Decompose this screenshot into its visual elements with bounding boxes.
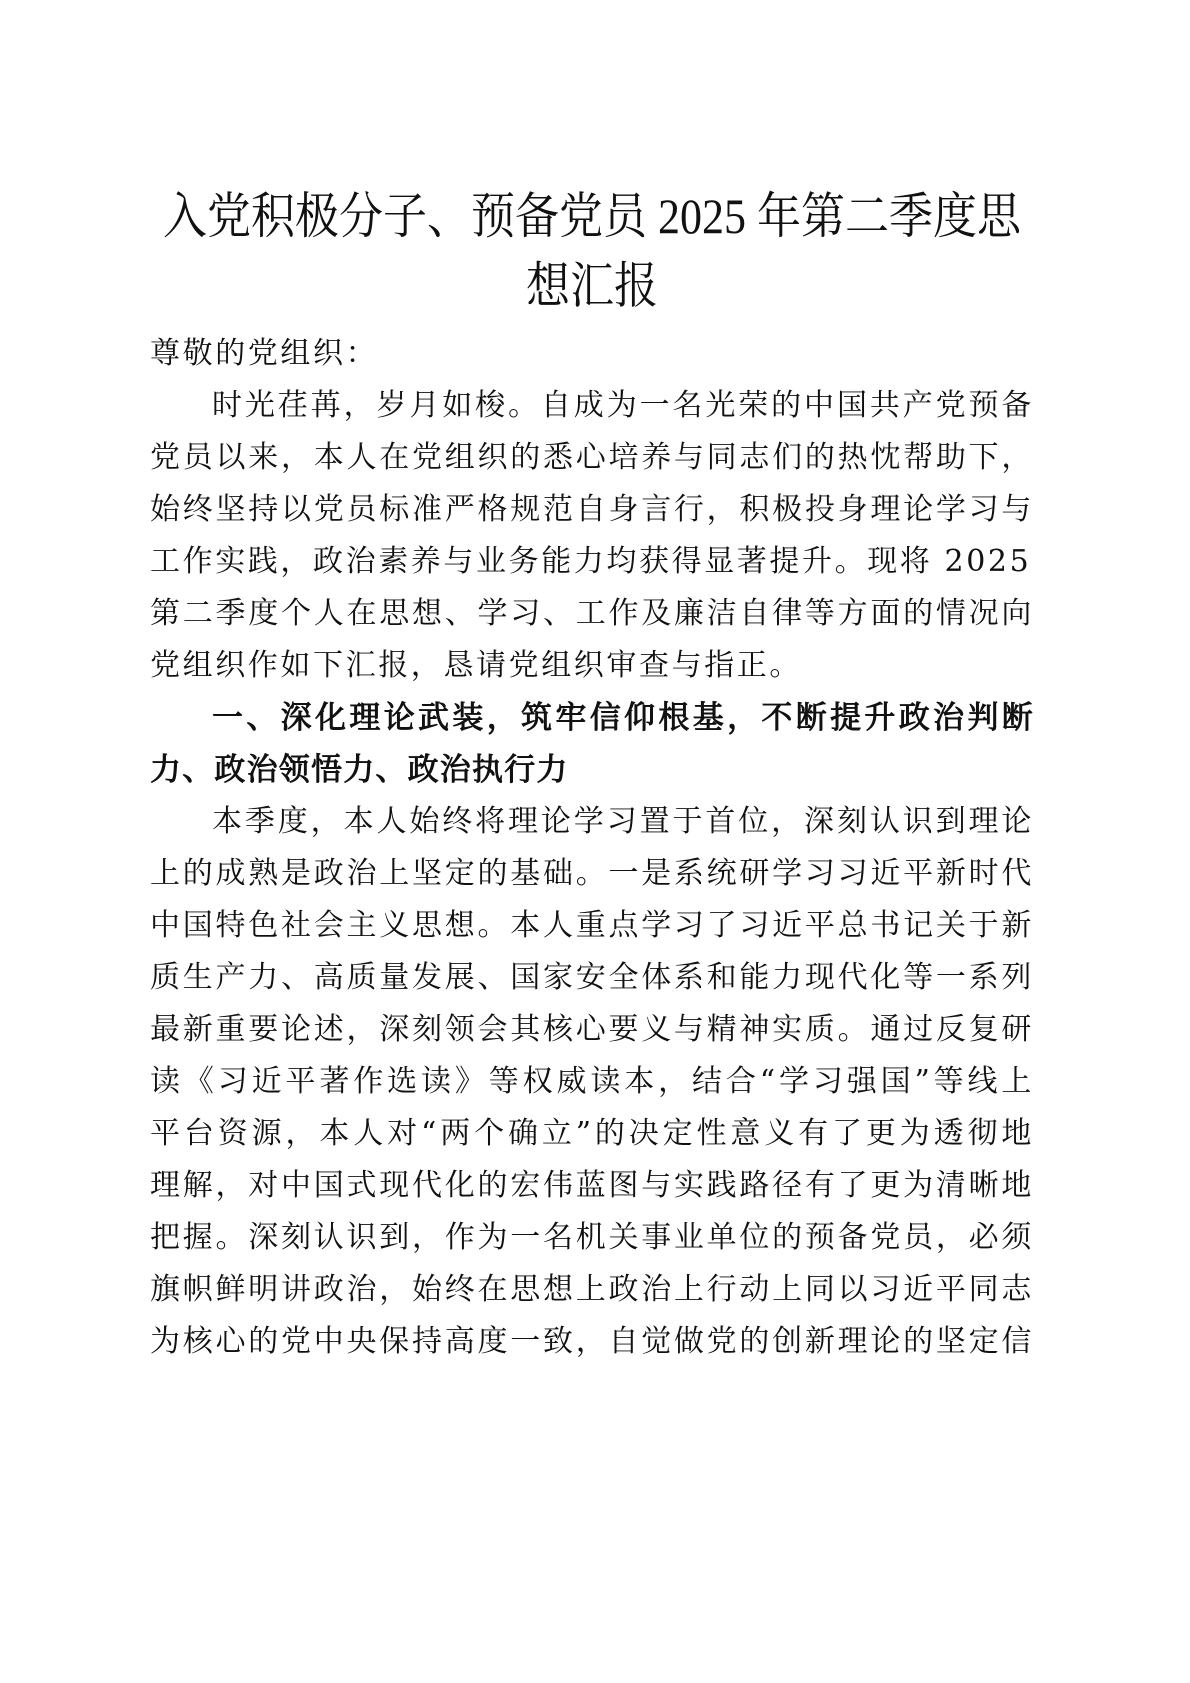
- text-line: 质生产力、高质量发展、国家安全体系和能力现代化等一系列: [150, 952, 1034, 1004]
- text-line: 理解，对中国式现代化的宏伟蓝图与实践路径有了更为清晰地: [150, 1160, 1034, 1212]
- title-line: 想汇报: [150, 252, 1034, 321]
- text-line: 本季度，本人始终将理论学习置于首位，深刻认识到理论: [150, 796, 1034, 848]
- text-line: 平台资源，本人对“两个确立”的决定性意义有了更为透彻地: [150, 1108, 1034, 1160]
- text-line: 第二季度个人在思想、学习、工作及廉洁自律等方面的情况向: [150, 588, 1034, 640]
- text-line: 读《习近平著作选读》等权威读本，结合“学习强国”等线上: [150, 1056, 1034, 1108]
- document-page: 入党积极分子、预备党员 2025 年第二季度思 想汇报 尊敬的党组织： 时光荏苒…: [150, 0, 1034, 287]
- text-line: 把握。深刻认识到，作为一名机关事业单位的预备党员，必须: [150, 1212, 1034, 1264]
- text-line: 最新重要论述，深刻领会其核心要义与精神实质。通过反复研: [150, 1004, 1034, 1056]
- text-line: 党组织作如下汇报，恳请党组织审查与指正。: [150, 640, 1034, 692]
- text-line: 上的成熟是政治上坚定的基础。一是系统研学习习近平新时代: [150, 848, 1034, 900]
- text-line: 中国特色社会主义思想。本人重点学习了习近平总书记关于新: [150, 900, 1034, 952]
- text-line: 为核心的党中央保持高度一致，自觉做党的创新理论的坚定信: [150, 1316, 1034, 1368]
- document-title: 入党积极分子、预备党员 2025 年第二季度思 想汇报: [150, 0, 1034, 321]
- title-line: 入党积极分子、预备党员 2025 年第二季度思: [150, 183, 1034, 252]
- section-heading-1: 一、深化理论武装，筑牢信仰根基，不断提升政治判断 力、政治领悟力、政治执行力: [150, 692, 1034, 796]
- heading-line: 力、政治领悟力、政治执行力: [150, 744, 1034, 796]
- paragraph-section-1: 本季度，本人始终将理论学习置于首位，深刻认识到理论 上的成熟是政治上坚定的基础。…: [150, 796, 1034, 1368]
- salutation: 尊敬的党组织：: [150, 328, 1034, 380]
- text-line: 党员以来，本人在党组织的悉心培养与同志们的热忱帮助下，: [150, 432, 1034, 484]
- document-body: 尊敬的党组织： 时光荏苒，岁月如梭。自成为一名光荣的中国共产党预备 党员以来，本…: [150, 328, 1034, 1368]
- text-line: 工作实践，政治素养与业务能力均获得显著提升。现将 2025 年: [150, 536, 1034, 588]
- paragraph-intro: 时光荏苒，岁月如梭。自成为一名光荣的中国共产党预备 党员以来，本人在党组织的悉心…: [150, 380, 1034, 692]
- text-line: 旗帜鲜明讲政治，始终在思想上政治上行动上同以习近平同志: [150, 1264, 1034, 1316]
- text-line: 时光荏苒，岁月如梭。自成为一名光荣的中国共产党预备: [150, 380, 1034, 432]
- text-line: 始终坚持以党员标准严格规范自身言行，积极投身理论学习与: [150, 484, 1034, 536]
- heading-line: 一、深化理论武装，筑牢信仰根基，不断提升政治判断: [150, 692, 1034, 744]
